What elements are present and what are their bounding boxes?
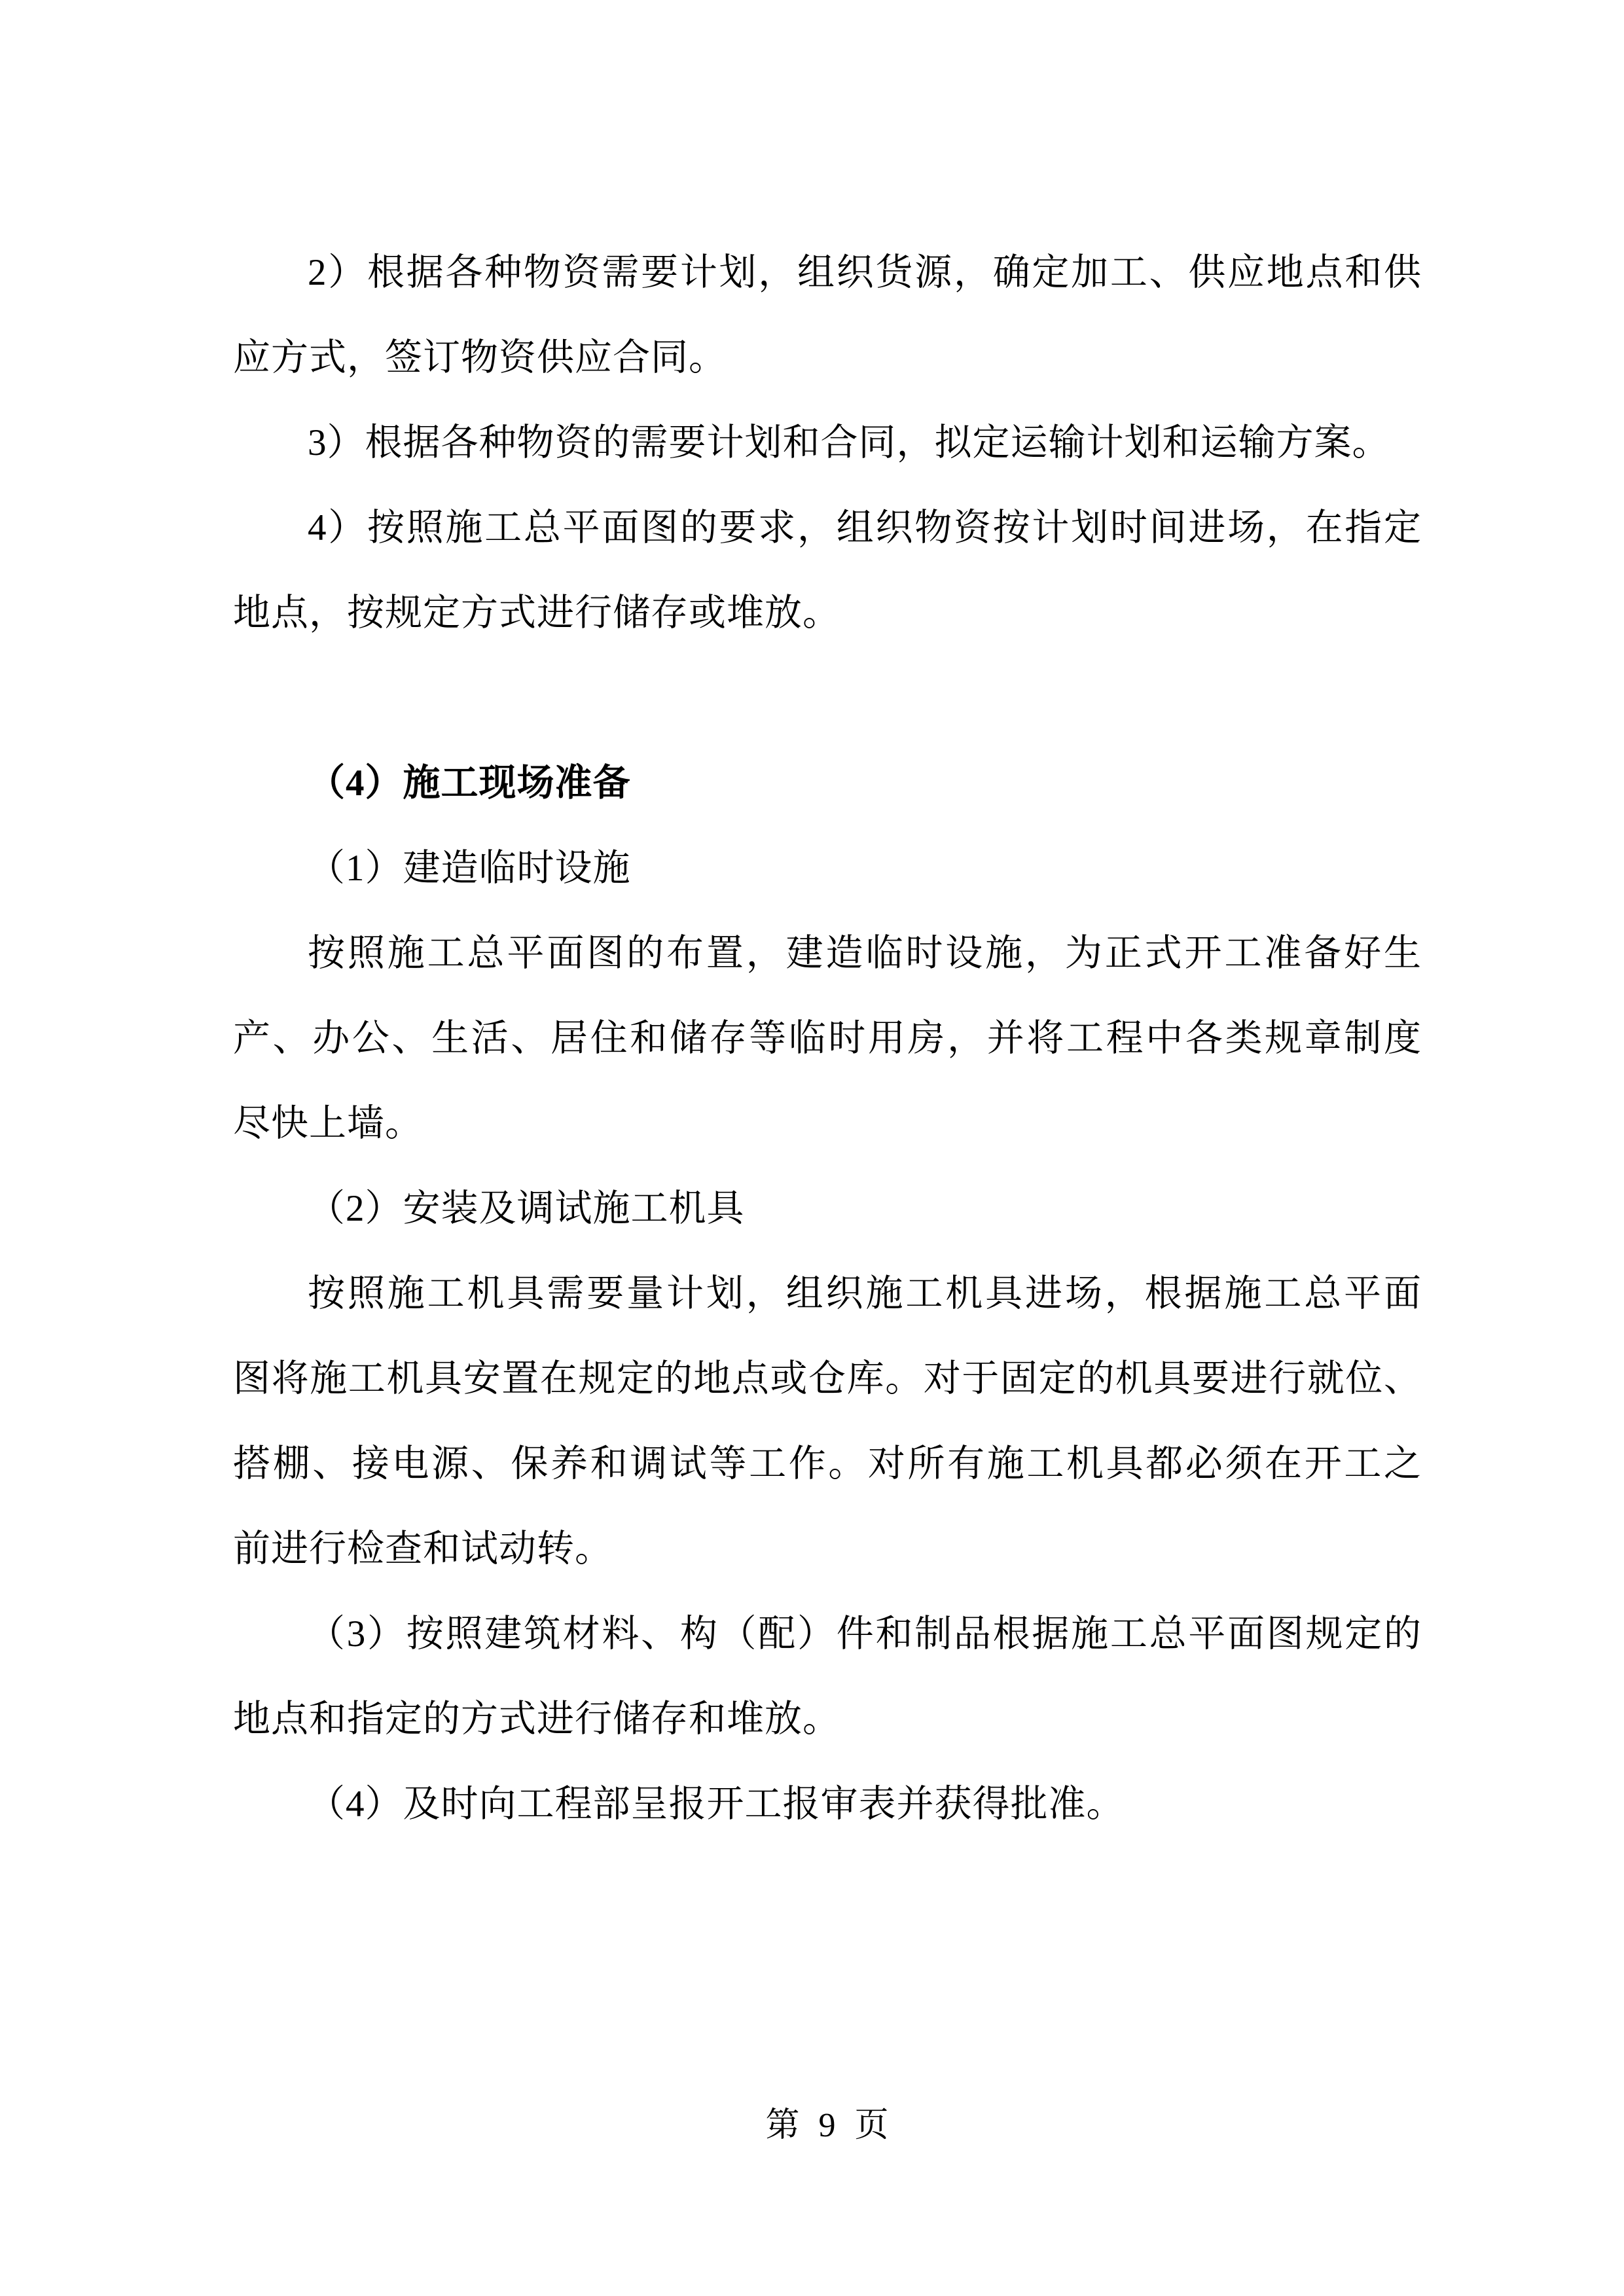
text-line: 应方式，签订物资供应合同。	[233, 315, 1421, 401]
page-footer: 第 9 页	[233, 2102, 1421, 2149]
text-line: 按照施工机具需要量计划，组织施工机具进场，根据施工总平面	[233, 1251, 1421, 1336]
text-line: 产、办公、生活、居住和储存等临时用房，并将工程中各类规章制度	[233, 996, 1421, 1081]
text-line: 3）根据各种物资的需要计划和合同，拟定运输计划和运输方案。	[233, 401, 1421, 486]
text-line: 地点，按规定方式进行储存或堆放。	[233, 571, 1421, 656]
text-line: 搭棚、接电源、保养和调试等工作。对所有施工机具都必须在开工之	[233, 1422, 1421, 1507]
text-line: 尽快上墙。	[233, 1081, 1421, 1166]
text-line: 前进行检查和试动转。	[233, 1507, 1421, 1592]
document-page: 2）根据各种物资需要计划，组织货源，确定加工、供应地点和供 应方式，签订物资供应…	[0, 0, 1624, 2296]
section-heading: （4）施工现场准备	[233, 741, 1421, 826]
text-line: 按照施工总平面图的布置，建造临时设施，为正式开工准备好生	[233, 911, 1421, 996]
document-body: 2）根据各种物资需要计划，组织货源，确定加工、供应地点和供 应方式，签订物资供应…	[233, 230, 1421, 1847]
text-line: 4）按照施工总平面图的要求，组织物资按计划时间进场，在指定	[233, 486, 1421, 571]
text-line: 图将施工机具安置在规定的地点或仓库。对于固定的机具要进行就位、	[233, 1336, 1421, 1422]
text-line: （4）及时向工程部呈报开工报审表并获得批准。	[233, 1762, 1421, 1847]
text-line: （3）按照建筑材料、构（配）件和制品根据施工总平面图规定的	[233, 1592, 1421, 1677]
sub-heading: （1）建造临时设施	[233, 826, 1421, 911]
sub-heading: （2）安装及调试施工机具	[233, 1166, 1421, 1251]
text-line: 地点和指定的方式进行储存和堆放。	[233, 1677, 1421, 1762]
text-line: 2）根据各种物资需要计划，组织货源，确定加工、供应地点和供	[233, 230, 1421, 315]
